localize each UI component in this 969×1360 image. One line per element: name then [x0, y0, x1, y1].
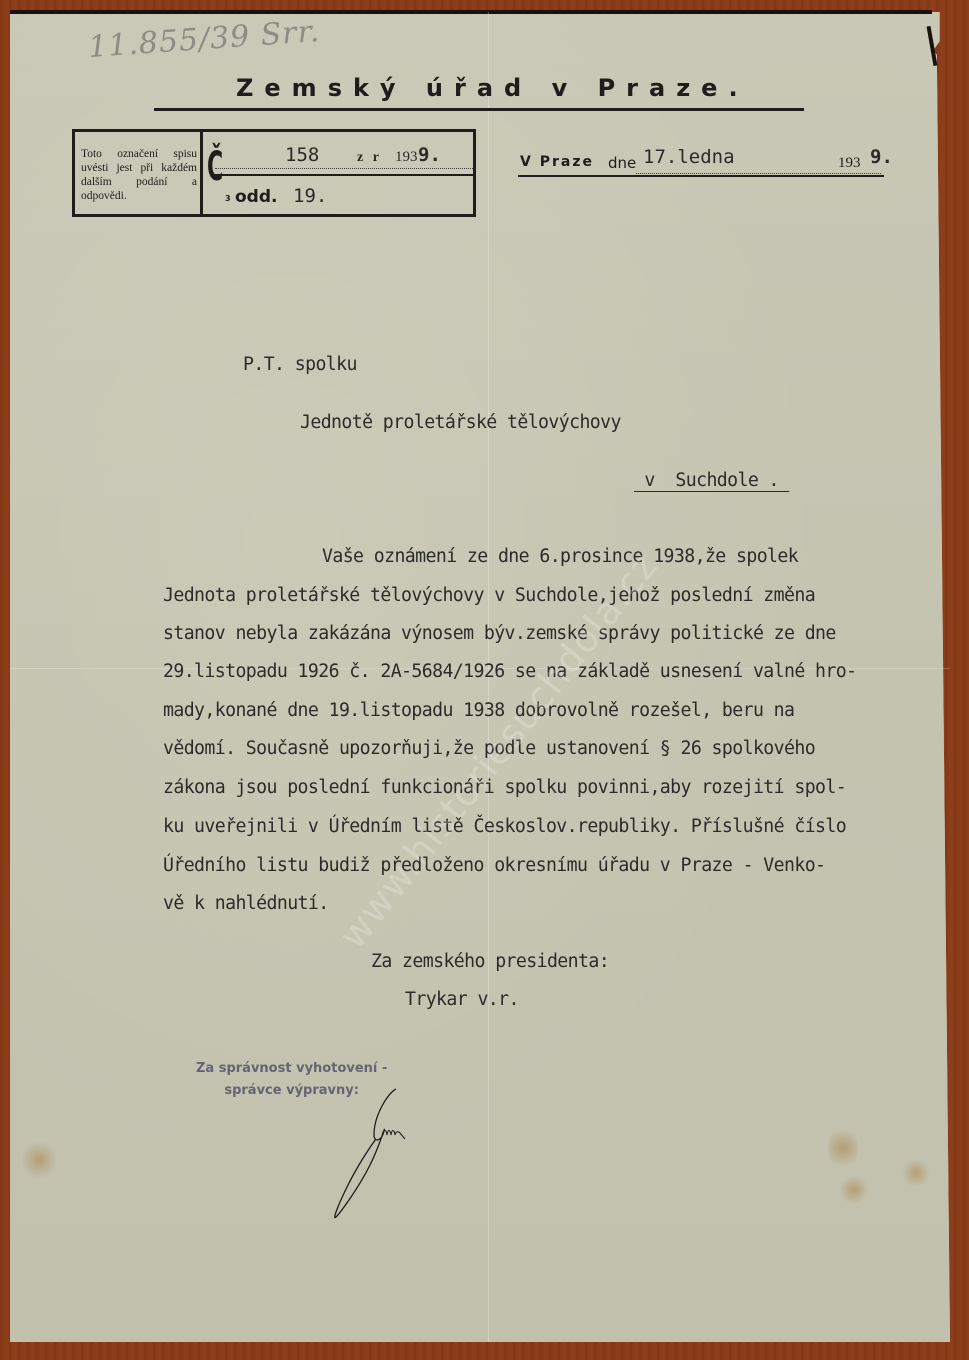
c-subscript: 3 [225, 194, 231, 203]
body-line-10: vě k nahlédnutí. [163, 893, 329, 914]
body-line-9: Úředního listu budiž předloženo okresním… [163, 855, 825, 876]
reference-box-divider [200, 132, 203, 214]
stain-right-1 [828, 1125, 858, 1171]
body-line-8: ku uveřejnili v Úředním listě Českoslov.… [163, 816, 846, 837]
date-rule [518, 175, 884, 177]
stamp-line-1: Za správnost vyhotovení - [196, 1058, 387, 1080]
date-place: V Praze [520, 154, 594, 170]
office-title: Zemský úřad v Praze. [236, 74, 749, 102]
date-year-prefix: 193 [838, 155, 861, 172]
reference-box: Toto označení spisu uvésti jest při každ… [72, 129, 476, 217]
body-line-7: zákona jsou poslední funkcionáři spolku … [163, 777, 846, 798]
date-value: 17.ledna [643, 146, 735, 168]
stain-right-2 [840, 1175, 868, 1205]
c-letter: Č [207, 144, 223, 190]
body-line-4: 29.listopadu 1926 č. 2A-5684/1926 se na … [163, 661, 856, 682]
stain-left [22, 1140, 56, 1180]
body-line-5: mady,konané dne 19.listopadu 1938 dobrov… [163, 700, 794, 721]
reference-note: Toto označení spisu uvésti jest při každ… [81, 147, 197, 203]
handwritten-signature-icon [330, 1085, 420, 1230]
reference-year-prefix: 193 [395, 149, 418, 166]
reference-odd-number: 19. [293, 185, 327, 207]
body-line-2: Jednota proletářské tělovýchovy v Suchdo… [163, 585, 815, 606]
reference-odd-label: odd. [235, 187, 277, 207]
date-line: V Praze dne 17.ledna 193 9. [518, 142, 884, 176]
reference-dotted-line [215, 168, 473, 169]
reference-rule [215, 174, 473, 176]
closing-line-1: Za zemského presidenta: [371, 951, 609, 972]
closing-signatory: Trykar v.r. [405, 989, 519, 1010]
date-dne-label: dne [608, 154, 636, 172]
reference-year-suffix: 9. [418, 144, 441, 166]
reference-number: 158 [285, 144, 319, 166]
title-underline [154, 108, 804, 111]
date-dotted-line [636, 173, 881, 174]
stain-right-3 [903, 1158, 929, 1188]
body-line-3: stanov nebyla zakázána výnosem býv.zemsk… [163, 623, 836, 644]
paper-top-edge [10, 10, 932, 14]
reference-zr-label: z r [357, 150, 382, 166]
addressee-line-1: P.T. spolku [243, 354, 357, 375]
addressee-line-3: v Suchdole . [634, 470, 789, 491]
body-line-1: Vaše oznámení ze dne 6.prosince 1938,že … [322, 546, 798, 567]
date-year-suffix: 9. [870, 146, 893, 168]
addressee-line-2: Jednotě proletářské tělovýchovy [300, 412, 621, 433]
